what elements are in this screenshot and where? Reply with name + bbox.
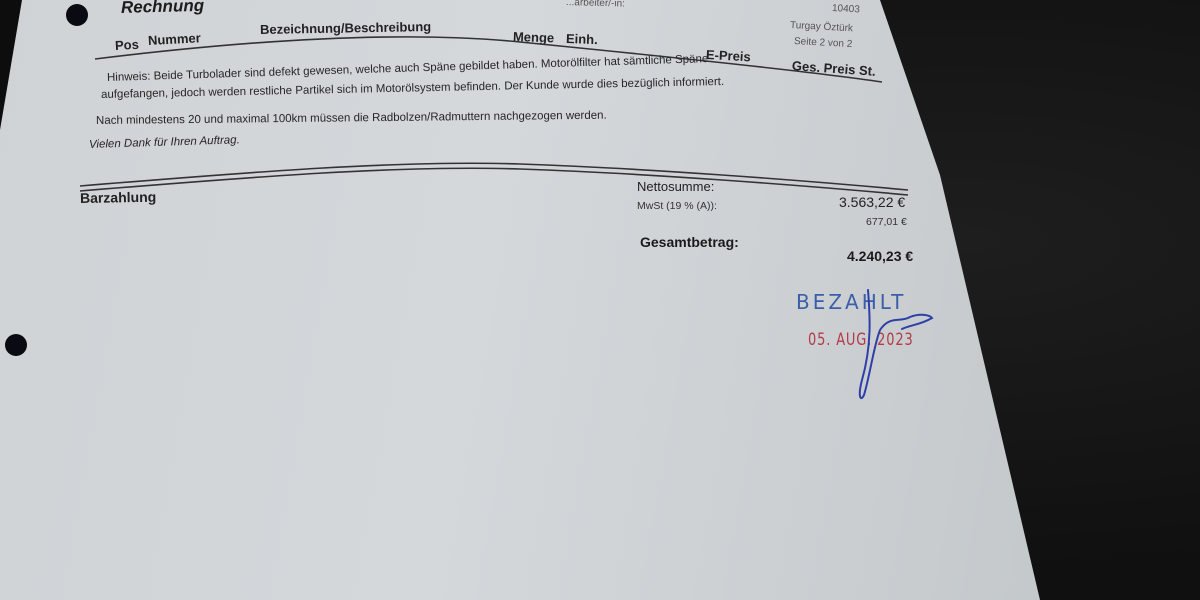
gesamt-value: 4.240,23 € bbox=[847, 248, 913, 264]
signature bbox=[840, 285, 940, 405]
payment-method: Barzahlung bbox=[80, 189, 157, 206]
netto-value: 3.563,22 € bbox=[839, 194, 905, 210]
gesamt-label: Gesamtbetrag: bbox=[640, 234, 739, 250]
netto-label: Nettosumme: bbox=[637, 179, 714, 194]
mwst-label: MwSt (19 % (A)): bbox=[637, 200, 717, 212]
mwst-value: 677,01 € bbox=[866, 216, 907, 228]
